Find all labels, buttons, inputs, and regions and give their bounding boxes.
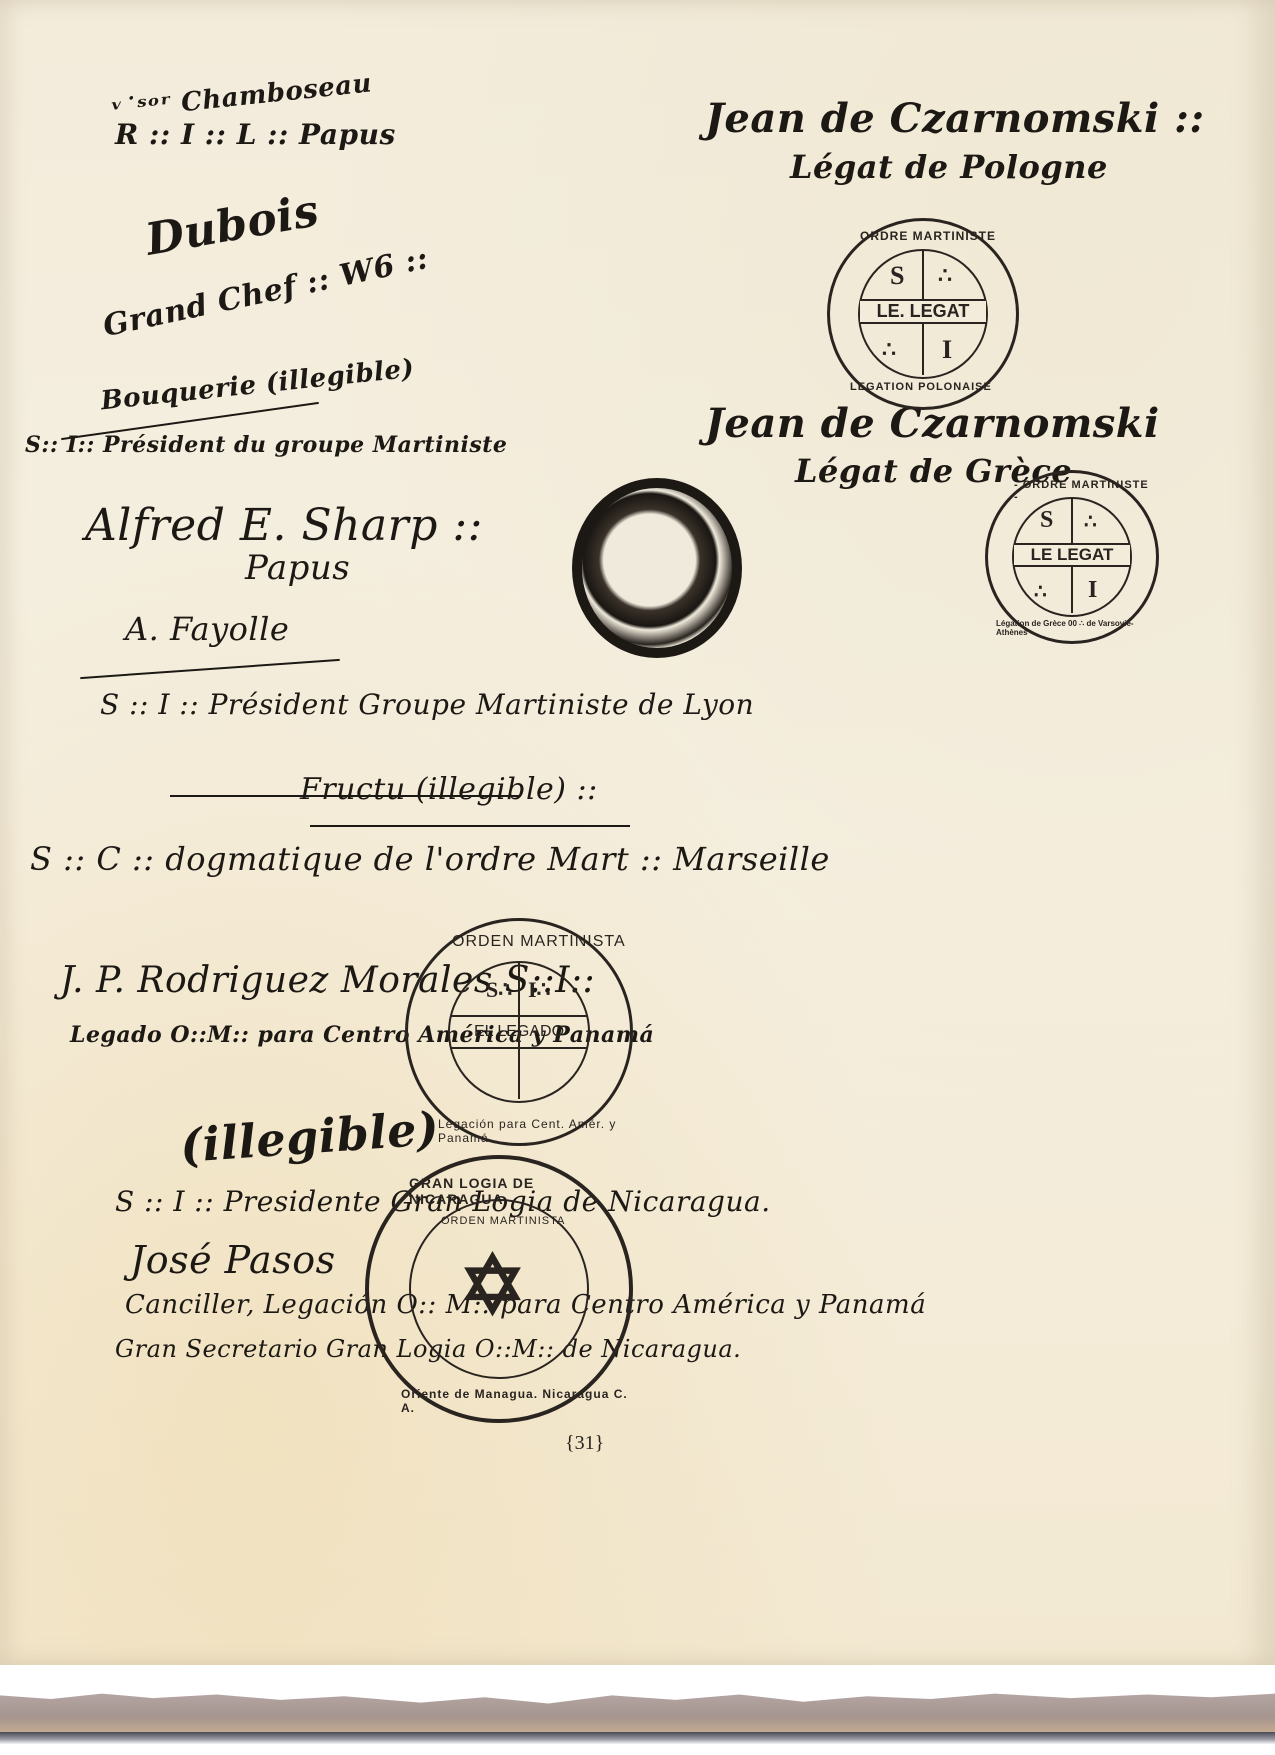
stamp-cell-dots: ∴ xyxy=(882,337,896,363)
signature-president-nicaragua: (illegible) xyxy=(178,1101,440,1173)
signature-dubois: Dubois xyxy=(142,185,323,266)
deckled-page-edge xyxy=(0,1690,1275,1735)
stamp-legation-grece: - ORDRE MARTINISTE - S ∴ LE LEGAT ∴ I Lé… xyxy=(985,470,1159,644)
stamp-cell-s: S xyxy=(1040,507,1053,534)
page-number: {31} xyxy=(565,1432,604,1455)
stamp-ring-top: ORDEN MARTINISTA xyxy=(452,933,626,951)
stamp-ring-bottom: LEGATION POLONAISE xyxy=(850,381,992,393)
signature-fayolle: A. Fayolle xyxy=(125,610,289,648)
stamp-band: EL LEGADO xyxy=(450,1015,588,1049)
stamp-ring-top: ORDRE MARTINISTE xyxy=(860,229,996,243)
stamp-cell-i: I xyxy=(942,335,952,365)
star-of-david-icon: ✡ xyxy=(459,1239,526,1333)
signature-sharp-title: Papus xyxy=(245,548,350,588)
stamp-cell-dots: ∴ xyxy=(1084,509,1097,534)
signature-fructu: Fructu (illegible) :: xyxy=(300,772,598,807)
signature-fructu-title: S :: C :: dogmatique de l'ordre Mart :: … xyxy=(30,840,830,878)
stamp-ring-bottom: Legación para Cent. Amér. y Panamá xyxy=(438,1117,630,1145)
stamp-cell-i: I∴ xyxy=(528,977,551,1003)
stamp-ring-inner: ORDEN MARTINISTA xyxy=(441,1215,565,1227)
stamp-orden-martinista-centroamerica: ORDEN MARTINISTA S∴ I∴ EL LEGADO Legació… xyxy=(405,918,633,1146)
signature-pasos: José Pasos xyxy=(130,1238,336,1282)
stamp-cell-i: I xyxy=(1088,577,1097,604)
signature-czarnomski-poland-title: Légat de Pologne xyxy=(790,148,1108,186)
signature-bouquerie-title: S:: I:: Président du groupe Martiniste xyxy=(25,432,507,458)
stamp-legation-polonaise: ORDRE MARTINISTE S ∴ LE. LEGAT ∴ I LEGAT… xyxy=(827,218,1019,410)
flourish-line xyxy=(310,825,630,827)
signature-sharp: Alfred E. Sharp :: xyxy=(85,500,483,551)
signature-bouquerie: Bouquerie (illegible) xyxy=(99,354,415,417)
stamp-ring-bottom: Légation de Grèce 00 ∴ de Varsovie-Athèn… xyxy=(996,619,1156,637)
document-page: ᵛ˙ˢᵒʳ Chamboseau R :: I :: L :: Papus Du… xyxy=(0,0,1275,1665)
stamp-ring-bottom: Oriente de Managua. Nicaragua C. A. xyxy=(401,1387,629,1415)
wax-seal-impression xyxy=(572,478,742,658)
stamp-cell-dots: ∴ xyxy=(938,263,952,289)
stamp-band: LE. LEGAT xyxy=(860,299,986,324)
stamp-cell-dots: ∴ xyxy=(1034,579,1047,604)
signature-fayolle-title: S :: I :: Président Groupe Martiniste de… xyxy=(100,688,754,721)
stamp-cell-s: S xyxy=(890,261,904,291)
signature-chaboseau-title: R :: I :: L :: Papus xyxy=(115,118,396,151)
stamp-gran-logia-nicaragua: GRAN LOGIA DE NICARAGUA ORDEN MARTINISTA… xyxy=(365,1155,633,1423)
flourish-line xyxy=(80,659,340,679)
page-shadow xyxy=(0,1732,1275,1744)
signature-czarnomski-poland: Jean de Czarnomski :: xyxy=(705,95,1205,142)
stamp-cell-s: S∴ xyxy=(486,977,512,1003)
stamp-band: LE LEGAT xyxy=(1014,543,1130,567)
